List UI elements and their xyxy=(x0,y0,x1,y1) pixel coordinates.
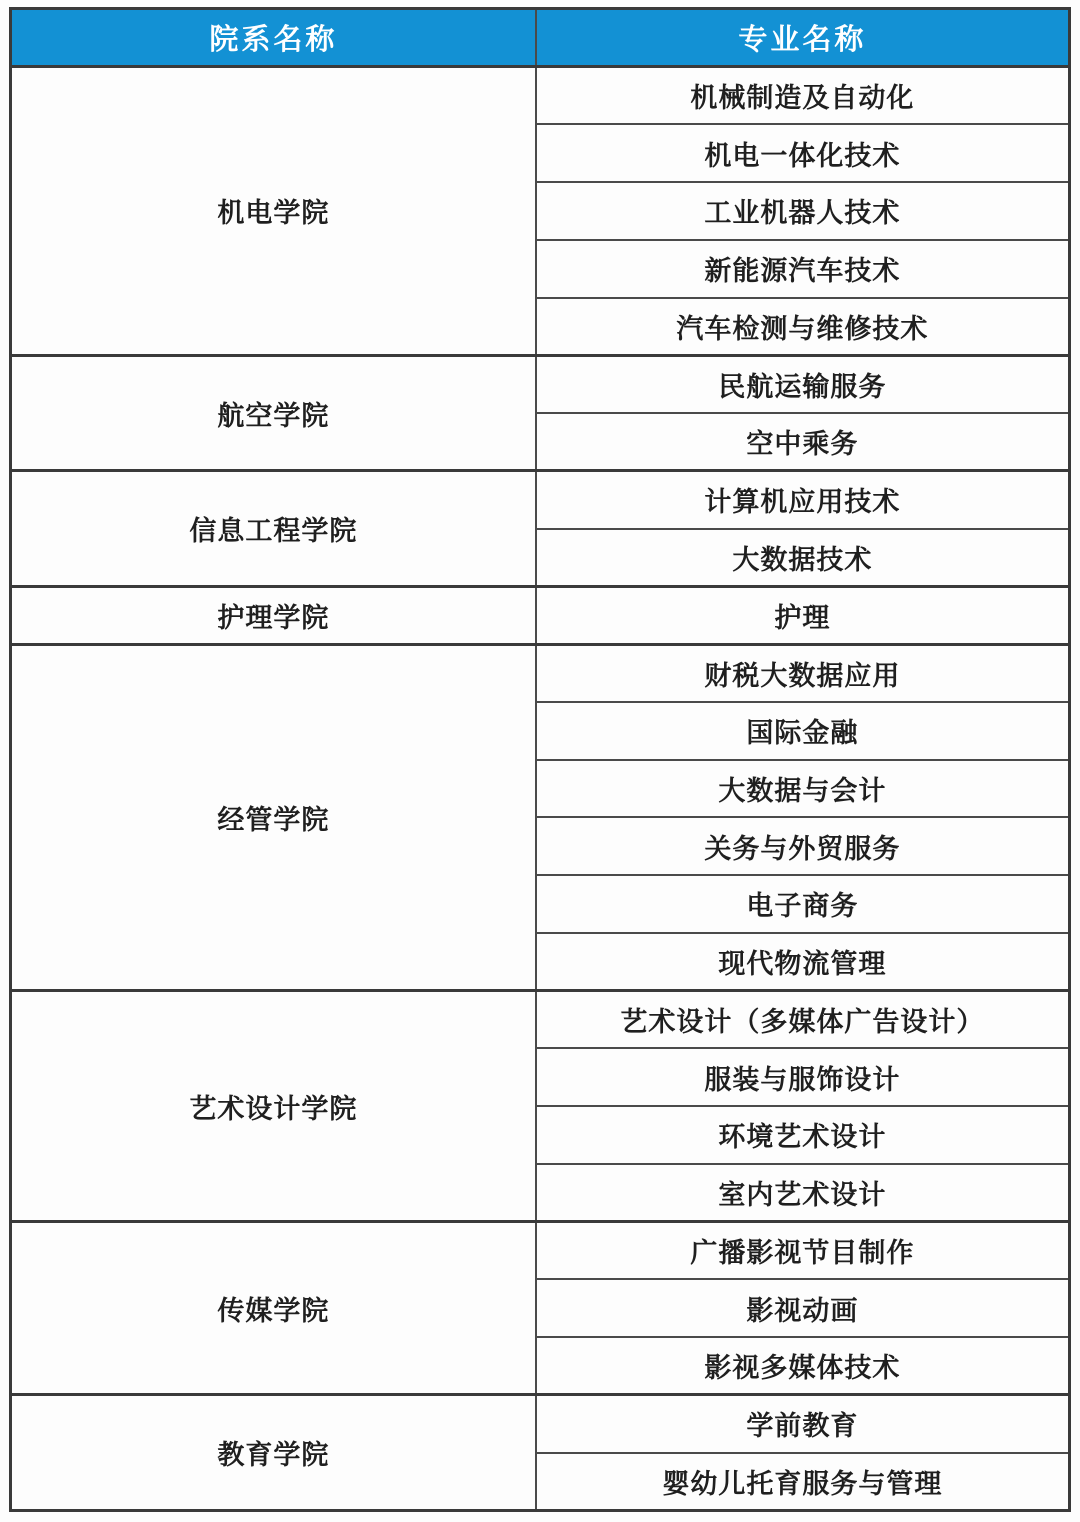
table-row: 传媒学院 广播影视节目制作 xyxy=(11,1222,1070,1280)
major-cell: 机械制造及自动化 xyxy=(536,67,1070,125)
table-row: 护理学院 护理 xyxy=(11,586,1070,644)
table-row: 艺术设计学院 艺术设计（多媒体广告设计） xyxy=(11,991,1070,1049)
department-cell: 传媒学院 xyxy=(11,1222,536,1395)
major-cell: 大数据与会计 xyxy=(536,760,1070,818)
major-cell: 工业机器人技术 xyxy=(536,182,1070,240)
major-cell: 室内艺术设计 xyxy=(536,1164,1070,1222)
table-row: 信息工程学院 计算机应用技术 xyxy=(11,471,1070,529)
major-cell: 关务与外贸服务 xyxy=(536,817,1070,875)
department-cell: 机电学院 xyxy=(11,67,536,356)
major-cell: 新能源汽车技术 xyxy=(536,240,1070,298)
table-header: 院系名称 专业名称 xyxy=(11,9,1070,67)
major-cell: 计算机应用技术 xyxy=(536,471,1070,529)
department-cell: 护理学院 xyxy=(11,586,536,644)
major-cell: 汽车检测与维修技术 xyxy=(536,298,1070,356)
major-cell: 财税大数据应用 xyxy=(536,644,1070,702)
major-cell: 环境艺术设计 xyxy=(536,1106,1070,1164)
table-row: 机电学院 机械制造及自动化 xyxy=(11,67,1070,125)
major-cell: 国际金融 xyxy=(536,702,1070,760)
table-body: 机电学院 机械制造及自动化 机电一体化技术 工业机器人技术 新能源汽车技术 汽车… xyxy=(11,67,1070,1511)
table-row: 教育学院 学前教育 xyxy=(11,1395,1070,1453)
major-cell: 学前教育 xyxy=(536,1395,1070,1453)
department-cell: 信息工程学院 xyxy=(11,471,536,587)
major-cell: 护理 xyxy=(536,586,1070,644)
department-cell: 经管学院 xyxy=(11,644,536,991)
department-cell: 航空学院 xyxy=(11,355,536,471)
major-cell: 电子商务 xyxy=(536,875,1070,933)
major-cell: 大数据技术 xyxy=(536,529,1070,587)
table-row: 经管学院 财税大数据应用 xyxy=(11,644,1070,702)
major-cell: 服装与服饰设计 xyxy=(536,1048,1070,1106)
page: 院系名称 专业名称 机电学院 机械制造及自动化 机电一体化技术 工业机器人技术 … xyxy=(0,0,1080,1522)
department-cell: 艺术设计学院 xyxy=(11,991,536,1222)
major-cell: 婴幼儿托育服务与管理 xyxy=(536,1453,1070,1511)
major-cell: 艺术设计（多媒体广告设计） xyxy=(536,991,1070,1049)
header-row: 院系名称 专业名称 xyxy=(11,9,1070,67)
major-cell: 广播影视节目制作 xyxy=(536,1222,1070,1280)
major-cell: 空中乘务 xyxy=(536,413,1070,471)
major-cell: 影视多媒体技术 xyxy=(536,1337,1070,1395)
table-row: 航空学院 民航运输服务 xyxy=(11,355,1070,413)
department-cell: 教育学院 xyxy=(11,1395,536,1511)
column-header-major: 专业名称 xyxy=(536,9,1070,67)
major-cell: 机电一体化技术 xyxy=(536,124,1070,182)
major-cell: 影视动画 xyxy=(536,1279,1070,1337)
departments-majors-table: 院系名称 专业名称 机电学院 机械制造及自动化 机电一体化技术 工业机器人技术 … xyxy=(9,7,1071,1512)
major-cell: 民航运输服务 xyxy=(536,355,1070,413)
major-cell: 现代物流管理 xyxy=(536,933,1070,991)
column-header-department: 院系名称 xyxy=(11,9,536,67)
